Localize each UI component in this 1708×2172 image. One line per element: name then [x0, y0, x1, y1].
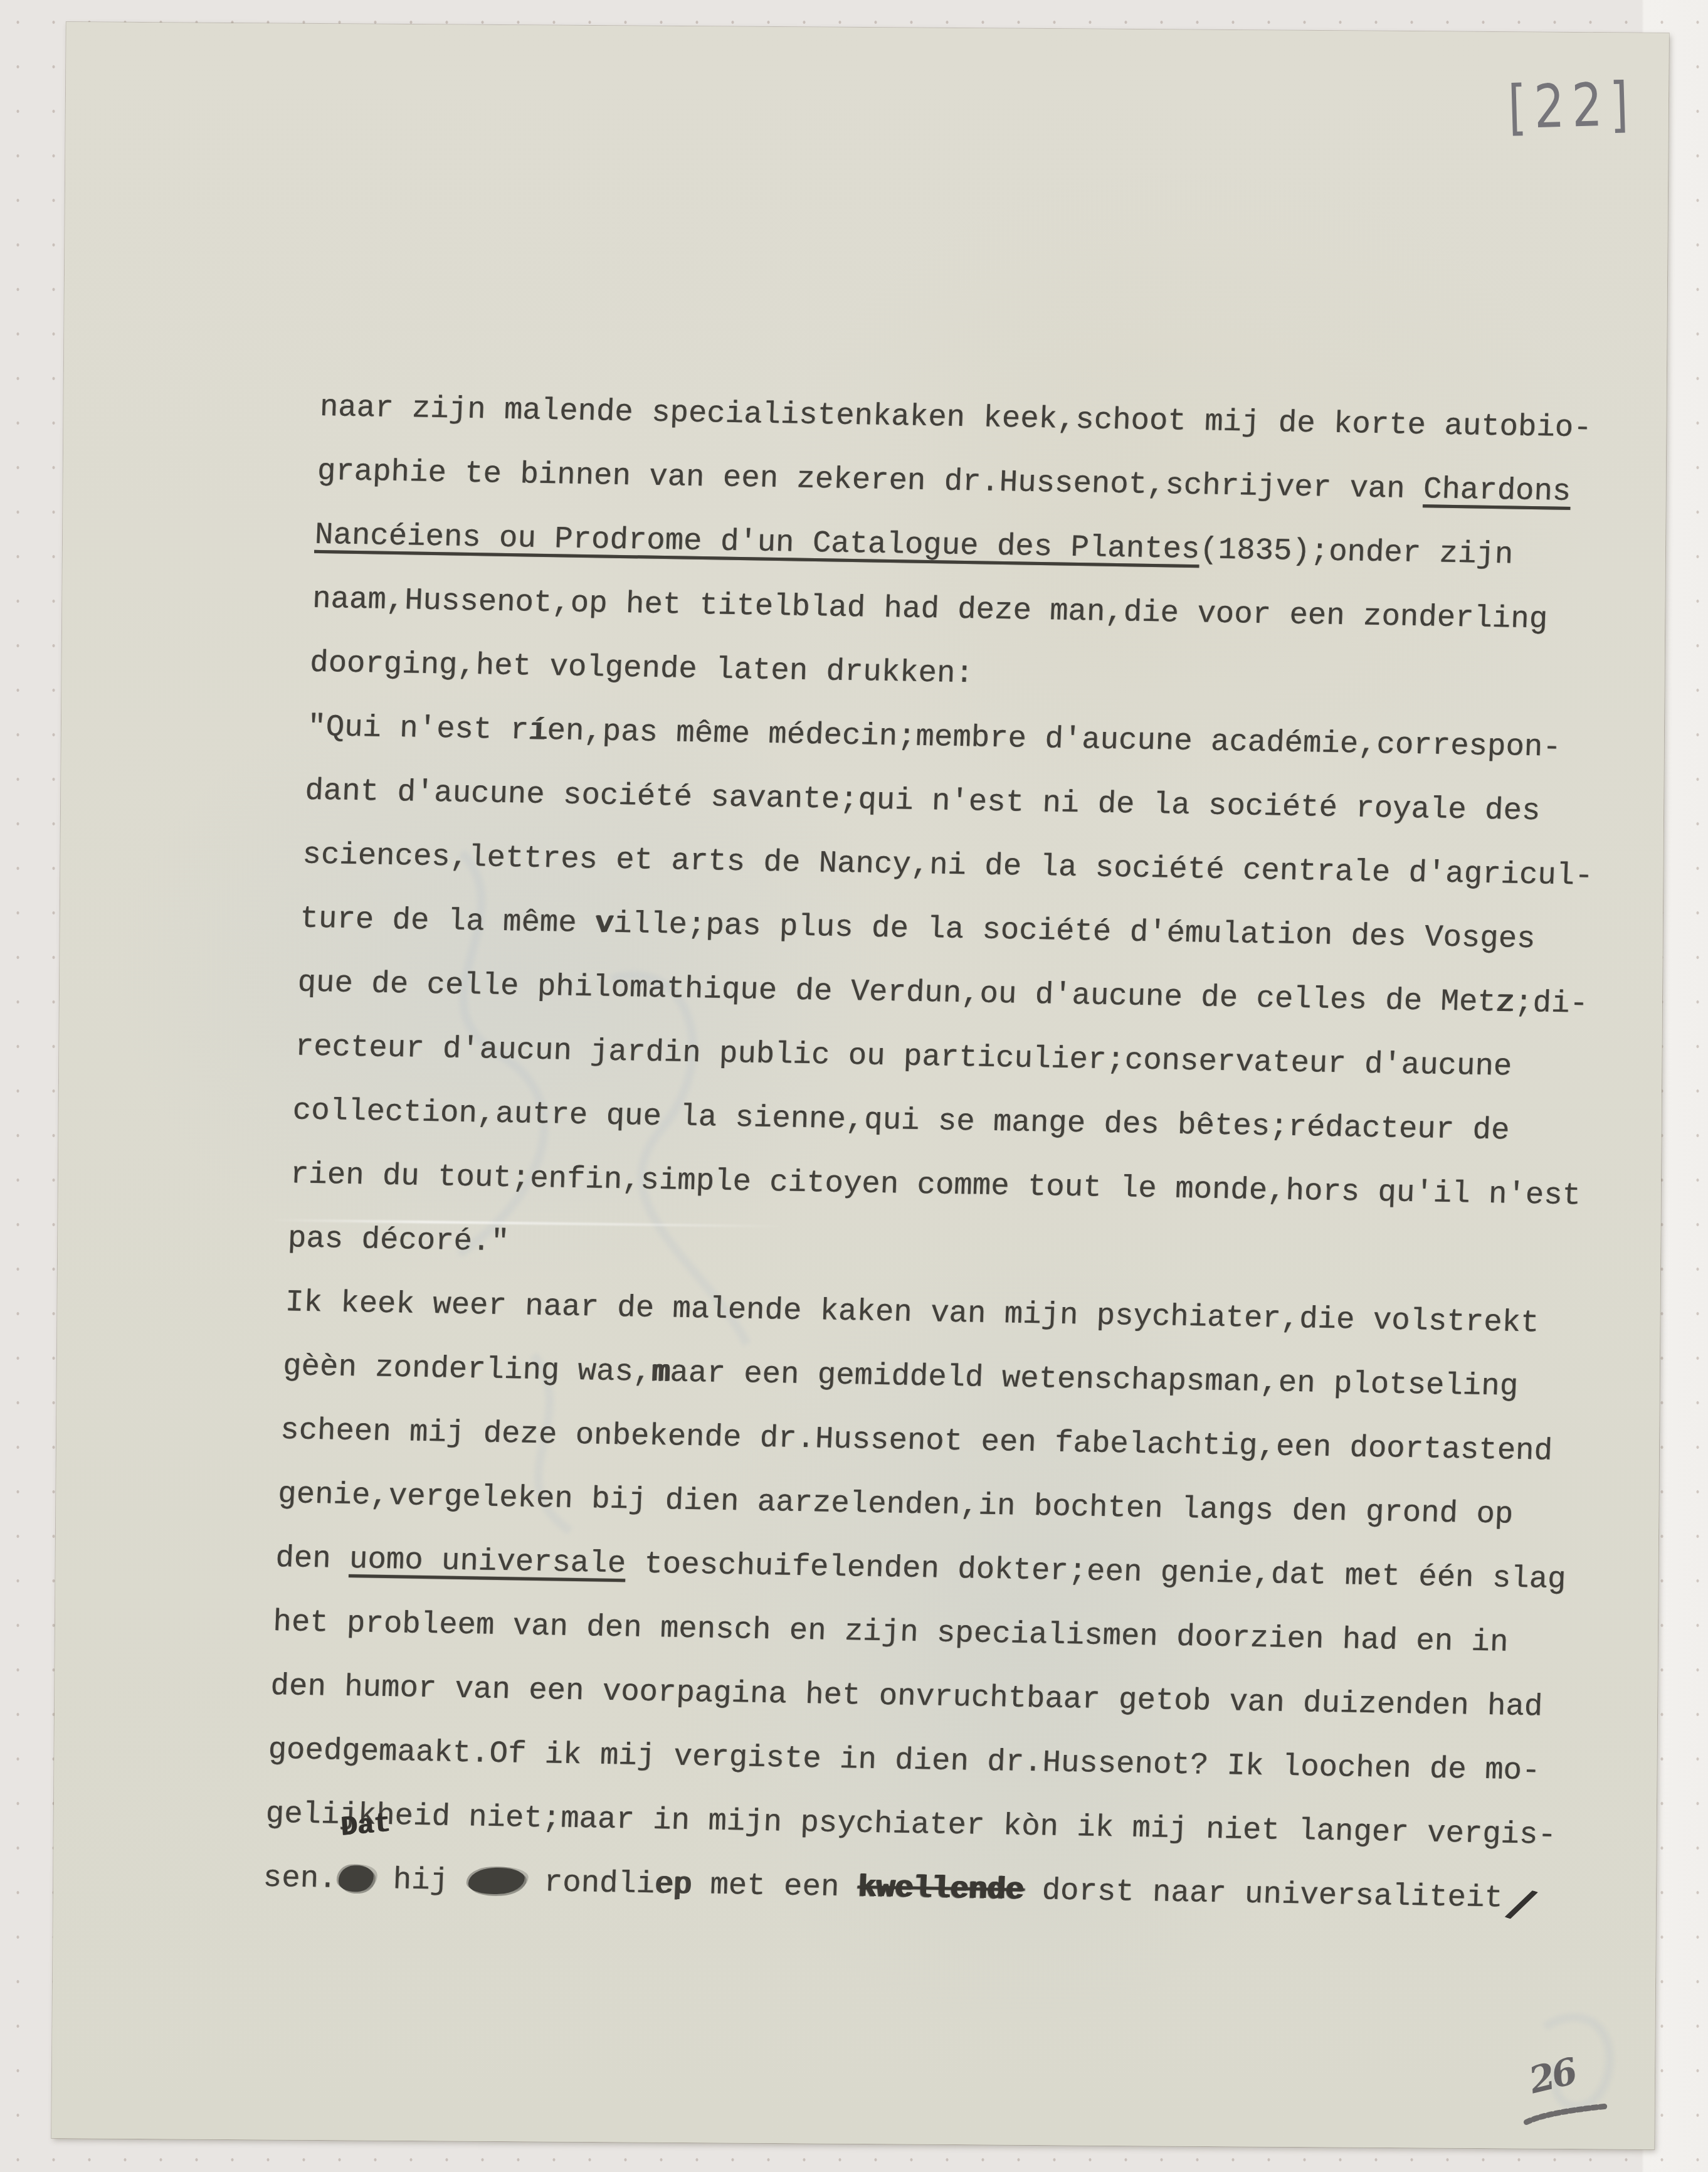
text-segment: recteur d'aucun jardin public ou particu…: [295, 1029, 1513, 1084]
text-segment: ;di-: [1514, 985, 1589, 1022]
inked-out-word: [338, 1865, 374, 1892]
text-segment: toeschuifelenden dokter;een genie,dat me…: [625, 1546, 1567, 1597]
text-segment: naam,Hussenot,op het titelblad had deze …: [312, 581, 1548, 637]
typescript-body: naar zijn malende specialistenkaken keek…: [262, 375, 1644, 1932]
text-segment: ille;pas plus de la société d'émulation …: [613, 906, 1536, 956]
text-segment: gelijkheid niet;maar in mijn psychiater …: [265, 1796, 1557, 1853]
text-segment: naar zijn malende specialistenkaken keek…: [319, 389, 1593, 446]
text-segment: collection,autre que la sienne,qui se ma…: [292, 1093, 1510, 1148]
text-segment: dant d'aucune société savante;qui n'est …: [304, 773, 1541, 829]
underlined-text: Chardons: [1423, 472, 1571, 509]
text-segment: rien du tout;enfin,simple citoyen comme …: [290, 1157, 1581, 1213]
paper-sheet: [22] naar zijn malende specialistenkaken…: [51, 22, 1668, 2149]
pencil-initials: 26: [1525, 2050, 1579, 2102]
text-segment: ture de la même: [300, 901, 596, 941]
overstruck-text: ep: [654, 1867, 692, 1902]
inserted-word: Dat: [340, 1810, 391, 1842]
text-segment: het probleem van den mensch en zijn spec…: [272, 1604, 1509, 1660]
underlined-text: uomo universale: [349, 1542, 626, 1581]
overstruck-text: í: [528, 713, 548, 748]
text-segment: sen.: [263, 1860, 338, 1897]
underlined-text: Nancéiens ou Prodrome d'un Catalogue des…: [314, 517, 1200, 567]
text-segment: gèèn zonderling was,: [282, 1348, 652, 1390]
text-segment: genie,vergeleken bij dien aarzelenden,in…: [277, 1476, 1514, 1532]
pencil-initials-text: 26: [1525, 2050, 1579, 2102]
text-segment: goedgemaakt.Of ik mij vergiste in dien d…: [268, 1732, 1541, 1789]
scanned-typescript-page: [22] naar zijn malende specialistenkaken…: [0, 0, 1708, 2172]
text-segment: (1835);onder zijn: [1199, 532, 1514, 572]
text-segment: en,pas même médecin;membre d'aucune acad…: [546, 713, 1561, 765]
text-segment: rondli: [525, 1865, 655, 1902]
inked-out-word: [468, 1867, 525, 1895]
text-segment: aar een gemiddeld wetenschapsman,en plot…: [670, 1355, 1519, 1404]
text-segment: que de celle philomathique de Verdun,ou …: [297, 965, 1497, 1020]
text-segment: "Qui n'est r: [307, 709, 529, 748]
text-segment: doorging,het volgende laten drukken:: [309, 645, 974, 692]
overstruck-text: z: [1495, 985, 1516, 1020]
text-segment: scheen mij deze onbekende dr.Hussenot ee…: [280, 1412, 1553, 1469]
text-segment: pas décoré.": [287, 1221, 510, 1259]
overstruck-text: m: [651, 1355, 671, 1390]
page-number-text: [22]: [1507, 69, 1637, 142]
handwritten-page-number: [22]: [1507, 69, 1637, 142]
text-segment: den humor van een voorpagina het onvruch…: [270, 1668, 1544, 1725]
text-segment: hij: [374, 1862, 467, 1899]
handwritten-mark: /: [1497, 1874, 1542, 1943]
overstruck-text: v: [594, 906, 614, 941]
text-segment: sciences,lettres et arts de Nancy,ni de …: [302, 837, 1593, 894]
struck-out-word: kwellende: [857, 1870, 1025, 1908]
text-segment: den: [275, 1540, 350, 1577]
text-segment: met een: [691, 1867, 858, 1905]
text-segment: graphie te binnen van een zekeren dr.Hus…: [317, 453, 1424, 507]
text-segment: Ik keek weer naar de malende kaken van m…: [285, 1285, 1539, 1340]
text-segment: dorst naar universaliteit: [1023, 1873, 1504, 1916]
